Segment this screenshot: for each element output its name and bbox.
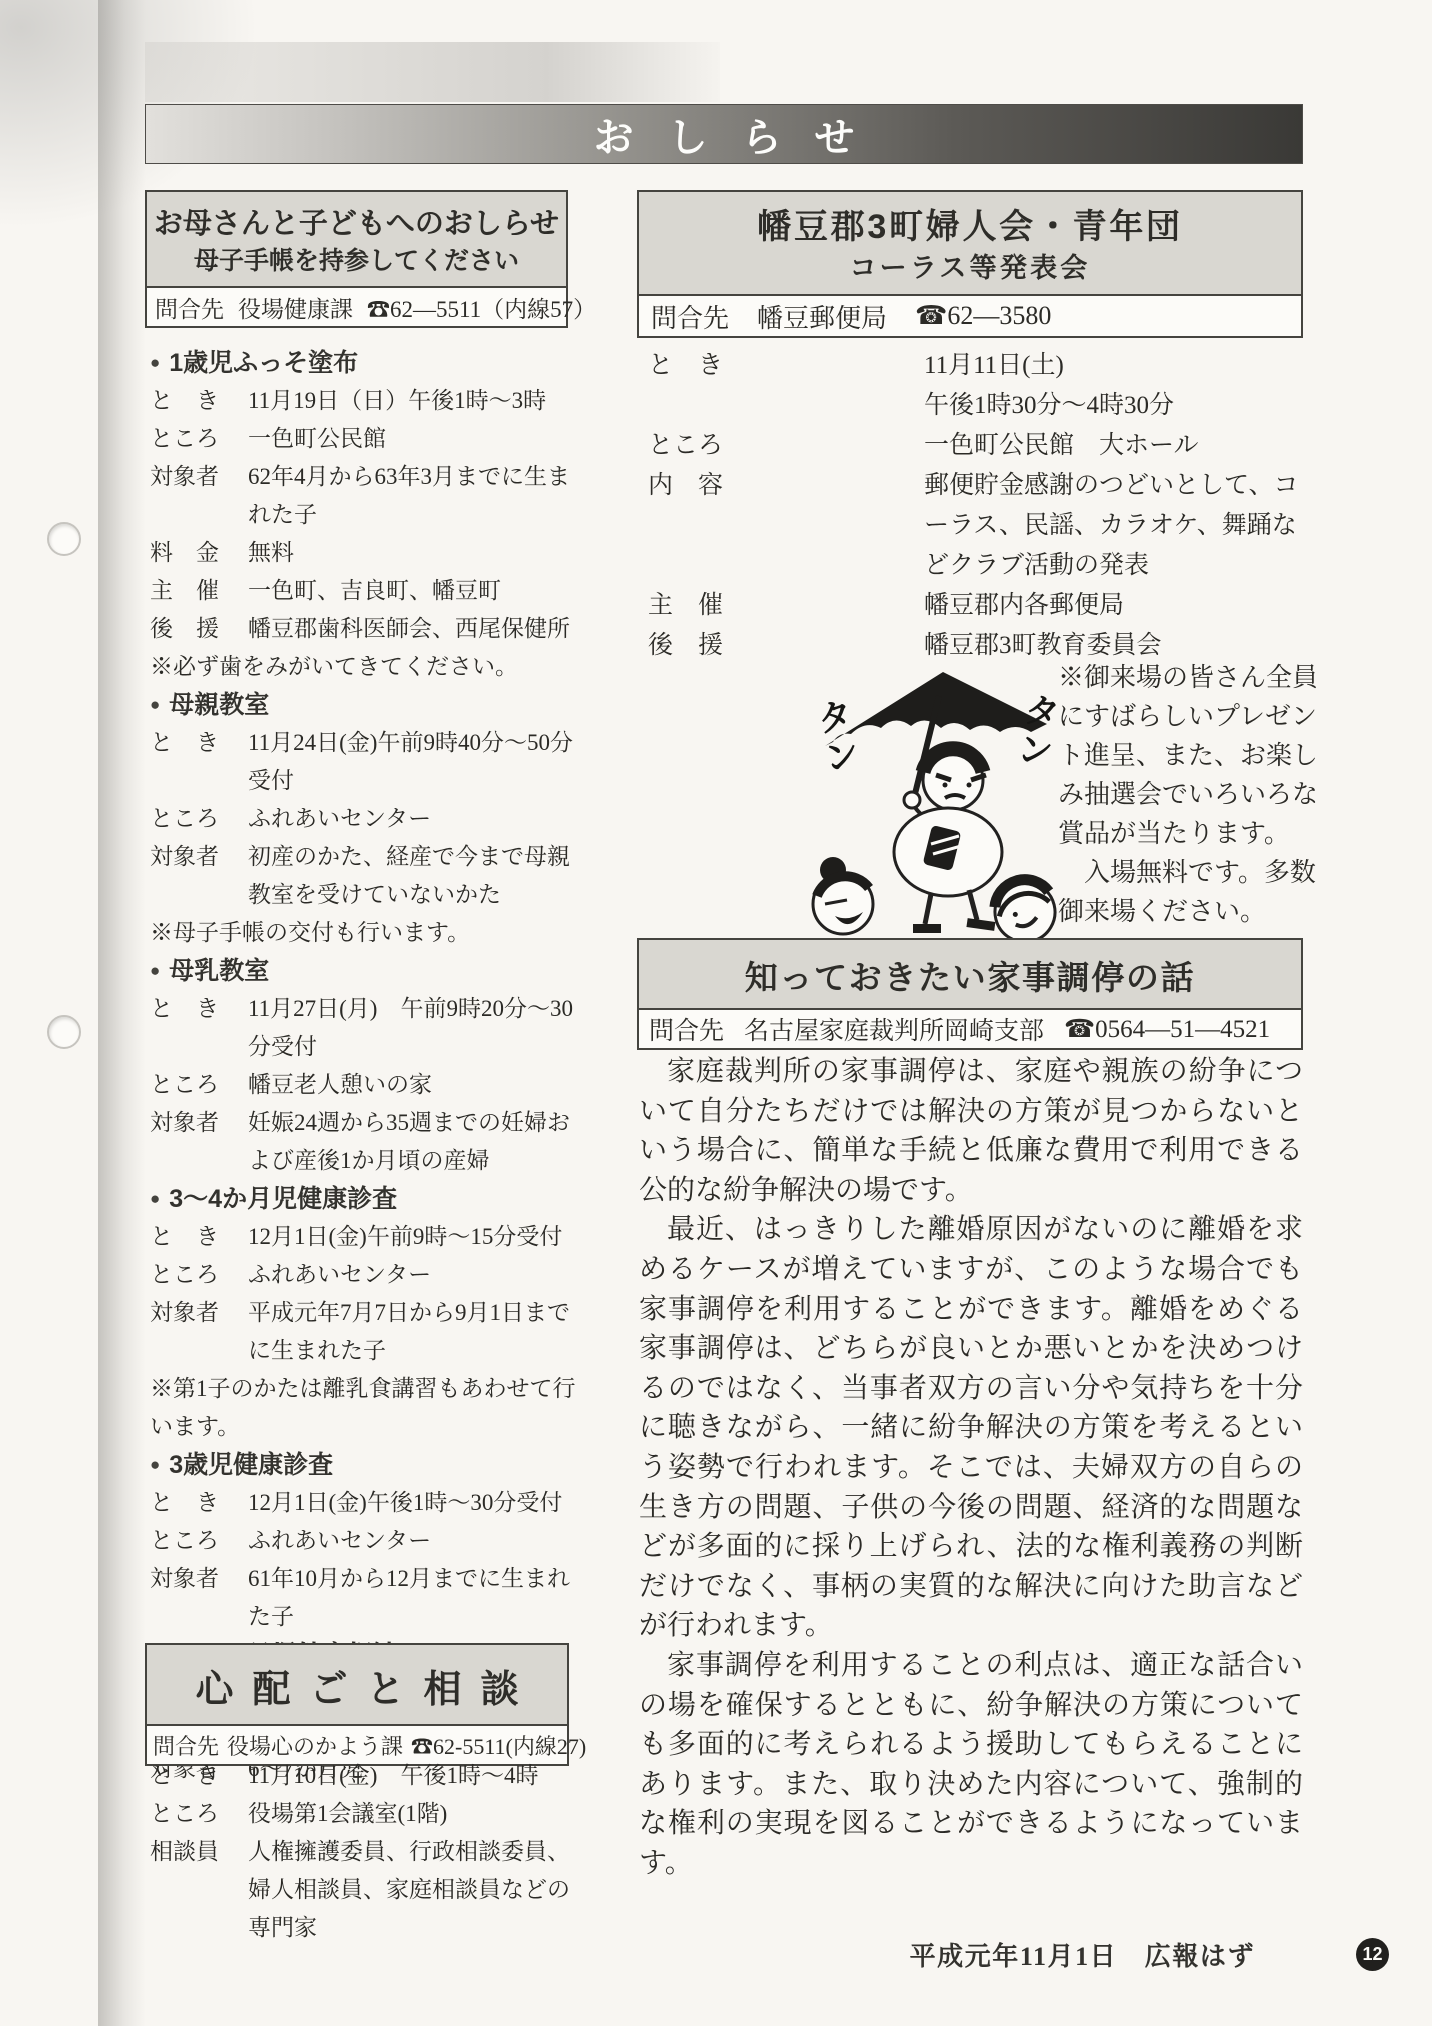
contact-row: 問合先 幡豆郵便局 ☎62—3580 <box>639 296 1301 336</box>
punch-hole <box>47 1015 81 1049</box>
contact-place: 名古屋家庭裁判所岡崎支部 <box>744 1011 1044 1047</box>
contact-place: 幡豆郵便局 <box>757 298 887 335</box>
notice-section: ●母親教室 と き11月24日(金)午前9時40分～50分受付 ところふれあいセ… <box>150 686 582 952</box>
row-label: と き <box>648 346 924 426</box>
row-value: 一色町公民館 大ホール <box>924 426 1306 466</box>
section-heading: ●母乳教室 <box>150 952 582 990</box>
row-value: ふれあいセンター <box>248 1522 582 1560</box>
section-heading-text: 母親教室 <box>169 686 269 724</box>
section-note: ※第1子のかたは離乳食講習もあわせて行います。 <box>150 1370 582 1446</box>
left-sections: ●1歳児ふっそ塗布 と き11月19日（日）午後1時～3時 ところ一色町公民館 … <box>150 344 582 1788</box>
phone-icon: ☎ <box>915 301 947 330</box>
info-row: 対象者62年4月から63年3月までに生まれた子 <box>150 458 582 534</box>
info-row: ところ一色町公民館 大ホール <box>648 426 1306 466</box>
row-label: 内 容 <box>648 466 924 586</box>
box-title-line2: コーラス等発表会 <box>639 250 1301 286</box>
page-header-banner: おしらせ <box>145 104 1303 164</box>
contact-label: 問合先 <box>155 291 224 324</box>
box-title: 知っておきたい家事調停の話 <box>639 940 1301 1010</box>
bullet-icon: ● <box>150 344 160 382</box>
chorus-event-details: と き11月11日(土) 午後1時30分～4時30分 ところ一色町公民館 大ホー… <box>648 346 1306 666</box>
bullet-icon: ● <box>150 952 160 990</box>
row-value: 11月10日(金) 午後1時～4時 <box>248 1757 584 1795</box>
row-label: 対象者 <box>150 838 248 914</box>
info-row: 相談員人権擁護委員、行政相談委員、婦人相談員、家庭相談員などの専門家 <box>150 1833 584 1947</box>
section-heading: ●3～4か月児健康診査 <box>150 1180 582 1218</box>
present-note: ※御来場の皆さん全員にすばらしいプレゼント進呈、また、お楽しみ抽選会でいろいろな… <box>1058 658 1326 931</box>
notice-section: ●3歳児健康診査 と き12月1日(金)午後1時～30分受付 ところふれあいセン… <box>150 1446 582 1636</box>
row-label: と き <box>150 382 248 420</box>
row-value: 一色町、吉良町、幡豆町 <box>248 572 582 610</box>
row-label: 相談員 <box>150 1833 248 1947</box>
contact-row: 問合先 名古屋家庭裁判所岡崎支部 ☎0564—51—4521 <box>639 1010 1301 1048</box>
box-title: 幡豆郡3町婦人会・青年団 コーラス等発表会 <box>639 192 1301 296</box>
row-label: 対象者 <box>150 458 248 534</box>
info-row: と き11月10日(金) 午後1時～4時 <box>150 1757 584 1795</box>
section-heading-text: 3歳児健康診査 <box>169 1446 333 1484</box>
row-label: と き <box>150 1757 248 1795</box>
notice-box-worry-consultation: 心配ごと相談 問合先 役場心のかよう課 ☎62-5511(内線27) <box>145 1643 569 1766</box>
row-label: 対象者 <box>150 1294 248 1370</box>
scan-top-smudge <box>145 42 720 102</box>
row-value: 幡豆郡歯科医師会、西尾保健所 <box>248 610 582 648</box>
contact-place: 役場心のかよう課 <box>227 1730 403 1761</box>
contact-label: 問合先 <box>649 1011 724 1047</box>
row-label: と き <box>150 1218 248 1256</box>
row-label: ところ <box>150 1795 248 1833</box>
row-label: ところ <box>150 1066 248 1104</box>
row-value: 役場第1会議室(1階) <box>248 1795 584 1833</box>
article-para: 家庭裁判所の家事調停は、家庭や親族の紛争について自分たちだけでは解決の方策が見つ… <box>639 1052 1303 1210</box>
row-value: 11月19日（日）午後1時～3時 <box>248 382 582 420</box>
row-value: 62年4月から63年3月までに生まれた子 <box>248 458 582 534</box>
row-value: ふれあいセンター <box>248 800 582 838</box>
row-value: 12月1日(金)午後1時～30分受付 <box>248 1484 582 1522</box>
row-value: 無料 <box>248 534 582 572</box>
row-label: ところ <box>648 426 924 466</box>
phone-icon: ☎ <box>1064 1016 1095 1043</box>
punch-hole <box>47 522 81 556</box>
section-heading-text: 3～4か月児健康診査 <box>169 1180 397 1218</box>
contact-phone: ☎62—3580 <box>915 301 1051 331</box>
phone-icon: ☎ <box>367 297 390 322</box>
phone-icon: ☎ <box>411 1734 433 1759</box>
info-row: と き11月24日(金)午前9時40分～50分受付 <box>150 724 582 800</box>
info-row: と き12月1日(金)午後1時～30分受付 <box>150 1484 582 1522</box>
row-label: 後 援 <box>150 610 248 648</box>
info-row: 主 催幡豆郡内各郵便局 <box>648 586 1306 626</box>
box-title: 心配ごと相談 <box>147 1645 567 1726</box>
phone-number: 62—5511（内線57） <box>390 297 596 322</box>
row-label: 料 金 <box>150 534 248 572</box>
row-value: 平成元年7月7日から9月1日までに生まれた子 <box>248 1294 582 1370</box>
contact-label: 問合先 <box>153 1730 219 1761</box>
section-heading: ●3歳児健康診査 <box>150 1446 582 1484</box>
page-number-badge: 12 <box>1356 1938 1389 1971</box>
row-label: 主 催 <box>150 572 248 610</box>
info-row: と き11月27日(月) 午前9時20分～30分受付 <box>150 990 582 1066</box>
row-label: と き <box>150 1484 248 1522</box>
notice-section: ●1歳児ふっそ塗布 と き11月19日（日）午後1時～3時 ところ一色町公民館 … <box>150 344 582 686</box>
info-row: 主 催一色町、吉良町、幡豆町 <box>150 572 582 610</box>
box-title: お母さんと子どもへのおしらせ 母子手帳を持参してください <box>147 192 566 288</box>
row-value: 12月1日(金)午前9時～15分受付 <box>248 1218 582 1256</box>
contact-phone: ☎62—5511（内線57） <box>367 291 596 324</box>
row-label: ところ <box>150 420 248 458</box>
contact-row: 問合先 役場健康課 ☎62—5511（内線57） <box>147 288 566 326</box>
section-heading: ●母親教室 <box>150 686 582 724</box>
bullet-icon: ● <box>150 1446 160 1484</box>
row-label: 主 催 <box>648 586 924 626</box>
info-row: と き11月19日（日）午後1時～3時 <box>150 382 582 420</box>
row-value: 11月11日(土) 午後1時30分～4時30分 <box>924 346 1306 426</box>
footer-issue-line: 平成元年11月1日 広報はず <box>800 1936 1255 1973</box>
row-label: 対象者 <box>150 1560 248 1636</box>
mediation-article: 家庭裁判所の家事調停は、家庭や親族の紛争について自分たちだけでは解決の方策が見つ… <box>639 1052 1303 1883</box>
page-header-title: おしらせ <box>560 106 889 163</box>
info-row: ところ一色町公民館 <box>150 420 582 458</box>
present-note-para2: 入場無料です。多数御来場ください。 <box>1058 853 1326 931</box>
scan-edge-shadow <box>98 0 146 2026</box>
section-note: ※母子手帳の交付も行います。 <box>150 914 582 952</box>
section-heading-text: 1歳児ふっそ塗布 <box>169 344 358 382</box>
row-value: 幡豆老人憩いの家 <box>248 1066 582 1104</box>
notice-section: ●母乳教室 と き11月27日(月) 午前9時20分～30分受付 ところ幡豆老人… <box>150 952 582 1180</box>
section-heading: ●1歳児ふっそ塗布 <box>150 344 582 382</box>
row-value: 郵便貯金感謝のつどいとして、コーラス、民謡、カラオケ、舞踊などクラブ活動の発表 <box>924 466 1306 586</box>
info-row: 対象者妊娠24週から35週までの妊婦および産後1か月頃の産婦 <box>150 1104 582 1180</box>
contact-phone: ☎62-5511(内線27) <box>411 1730 586 1761</box>
phone-number: 62-5511(内線27) <box>433 1734 586 1759</box>
row-value: 人権擁護委員、行政相談委員、婦人相談員、家庭相談員などの専門家 <box>248 1833 584 1947</box>
box-title-line1: 幡豆郡3町婦人会・青年団 <box>639 204 1301 250</box>
info-row: 対象者初産のかた、経産で今まで母親教室を受けていないかた <box>150 838 582 914</box>
info-row: 内 容郵便貯金感謝のつどいとして、コーラス、民謡、カラオケ、舞踊などクラブ活動の… <box>648 466 1306 586</box>
row-label: ところ <box>150 1256 248 1294</box>
row-value: 妊娠24週から35週までの妊婦および産後1か月頃の産婦 <box>248 1104 582 1180</box>
phone-number: 0564—51—4521 <box>1095 1016 1270 1043</box>
phone-number: 62—3580 <box>947 301 1051 330</box>
info-row: 後 援幡豆郡歯科医師会、西尾保健所 <box>150 610 582 648</box>
row-value: 61年10月から12月までに生まれた子 <box>248 1560 582 1636</box>
row-label: ところ <box>150 800 248 838</box>
row-label: ところ <box>150 1522 248 1560</box>
contact-phone: ☎0564—51—4521 <box>1064 1014 1270 1044</box>
info-row: ところふれあいセンター <box>150 800 582 838</box>
notice-box-chorus-event: 幡豆郡3町婦人会・青年団 コーラス等発表会 問合先 幡豆郵便局 ☎62—3580 <box>637 190 1303 338</box>
info-row: 料 金無料 <box>150 534 582 572</box>
info-row: ところふれあいセンター <box>150 1256 582 1294</box>
notice-section: ●3～4か月児健康診査 と き12月1日(金)午前9時～15分受付 ところふれあ… <box>150 1180 582 1446</box>
notice-box-family-mediation: 知っておきたい家事調停の話 問合先 名古屋家庭裁判所岡崎支部 ☎0564—51—… <box>637 938 1303 1050</box>
page-number: 12 <box>1362 1944 1382 1965</box>
contact-place: 役場健康課 <box>238 291 353 324</box>
info-row: と き11月11日(土) 午後1時30分～4時30分 <box>648 346 1306 426</box>
row-value: 一色町公民館 <box>248 420 582 458</box>
section-note: ※必ず歯をみがいてきてください。 <box>150 648 582 686</box>
info-row: と き12月1日(金)午前9時～15分受付 <box>150 1218 582 1256</box>
row-value: 11月27日(月) 午前9時20分～30分受付 <box>248 990 582 1066</box>
info-row: 対象者平成元年7月7日から9月1日までに生まれた子 <box>150 1294 582 1370</box>
section-heading-text: 母乳教室 <box>169 952 269 990</box>
row-value: 初産のかた、経産で今まで母親教室を受けていないかた <box>248 838 582 914</box>
notice-box-mother-child: お母さんと子どもへのおしらせ 母子手帳を持参してください 問合先 役場健康課 ☎… <box>145 190 568 328</box>
row-value: ふれあいセンター <box>248 1256 582 1294</box>
info-row: 対象者61年10月から12月までに生まれた子 <box>150 1560 582 1636</box>
worry-consultation-details: と き11月10日(金) 午後1時～4時 ところ役場第1会議室(1階) 相談員人… <box>150 1757 584 1947</box>
bullet-icon: ● <box>150 1180 160 1218</box>
info-row: ところ役場第1会議室(1階) <box>150 1795 584 1833</box>
article-para: 家事調停を利用することの利点は、適正な話合いの場を確保するとともに、紛争解決の方… <box>639 1646 1303 1884</box>
row-label: 対象者 <box>150 1104 248 1180</box>
contact-label: 問合先 <box>651 298 729 335</box>
box-title-line2: 母子手帳を持参してください <box>149 244 564 278</box>
row-value: 幡豆郡内各郵便局 <box>924 586 1306 626</box>
row-label: と き <box>150 724 248 800</box>
bullet-icon: ● <box>150 686 160 724</box>
article-para: 最近、はっきりした離婚原因がないのに離婚を求めるケースが増えていますが、このよう… <box>639 1210 1303 1646</box>
info-row: ところ幡豆老人憩いの家 <box>150 1066 582 1104</box>
present-note-para1: ※御来場の皆さん全員にすばらしいプレゼント進呈、また、お楽しみ抽選会でいろいろな… <box>1058 658 1326 853</box>
info-row: ところふれあいセンター <box>150 1522 582 1560</box>
row-value: 11月24日(金)午前9時40分～50分受付 <box>248 724 582 800</box>
box-title-line1: お母さんと子どもへのおしらせ <box>149 204 564 244</box>
row-label: と き <box>150 990 248 1066</box>
